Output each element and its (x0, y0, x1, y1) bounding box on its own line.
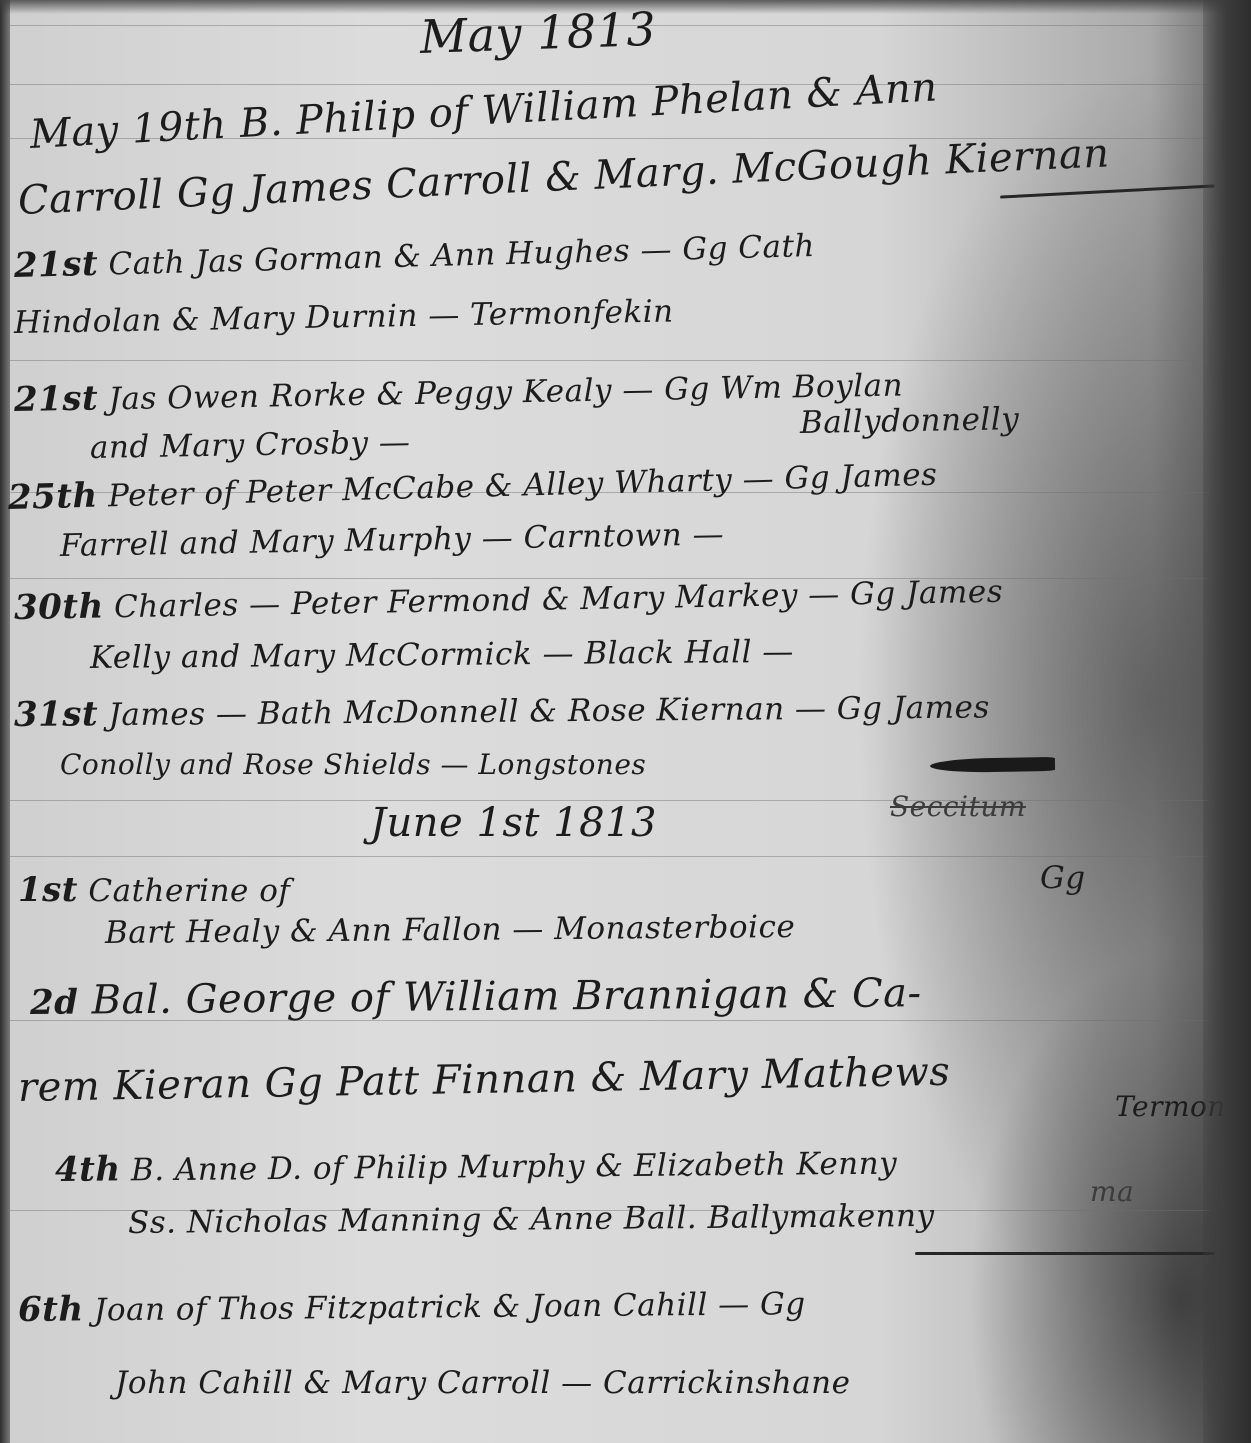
entry-line: 30th Charles — Peter Fermond & Mary Mark… (14, 571, 1004, 628)
entry-text: Bal. George of William Brannigan & Ca- (91, 970, 921, 1023)
entry-date: 4th (55, 1149, 121, 1190)
page-left-edge (0, 0, 10, 1443)
page-binding-edge (1203, 0, 1251, 1443)
entry-line: Bart Healy & Ann Fallon — Monasterboice (105, 909, 796, 951)
entry-line: 21st Jas Owen Rorke & Peggy Kealy — Gg W… (14, 364, 904, 420)
entry-date: 21st (14, 379, 99, 420)
entry-date: 25th (7, 476, 98, 518)
entry-place: Ballydonnelly (800, 401, 1020, 441)
entry-text: Cath Jas Gorman & Ann Hughes — Gg Cath (108, 228, 815, 282)
entry-text: Peter of Peter McCabe & Alley Wharty — G… (108, 457, 938, 515)
section-heading-june: June 1st 1813 (370, 800, 657, 846)
entry-date: 1st (18, 870, 78, 910)
ink-blot (930, 757, 1055, 773)
interlinear-note: ma (1090, 1175, 1134, 1208)
ruled-line (10, 360, 1210, 361)
entry-date: May 19th (29, 102, 228, 158)
entry-text: James — Bath McDonnell & Rose Kiernan — … (108, 689, 990, 733)
entry-line: and Mary Crosby — (90, 424, 411, 466)
struck-margin-note: Seccitum (890, 790, 1026, 823)
entry-line: 31st James — Bath McDonnell & Rose Kiern… (14, 686, 990, 735)
entry-line: Hindolan & Mary Durnin — Termonfekin (14, 293, 674, 341)
entry-line: rem Kieran Gg Patt Finnan & Mary Mathews (18, 1049, 951, 1111)
entry-line: 6th Joan of Thos Fitzpatrick & Joan Cahi… (18, 1283, 806, 1330)
entry-date: 30th (14, 586, 104, 628)
entry-date: 21st (13, 244, 98, 286)
page-heading: May 1813 (419, 2, 657, 64)
entry-text: B. Philip of William Phelan & Ann (239, 64, 939, 146)
underline-stroke (1000, 184, 1215, 198)
entry-line: 1st Catherine of (18, 870, 290, 910)
entry-date: 6th (18, 1289, 84, 1330)
entry-line: Conolly and Rose Shields — Longstones (60, 748, 646, 781)
register-page: May 1813 May 19th B. Philip of William P… (0, 0, 1251, 1443)
entry-line: Farrell and Mary Murphy — Carntown — (60, 516, 725, 564)
ruled-line (10, 856, 1210, 857)
entry-godparent-mark: Gg (1040, 860, 1086, 896)
entry-line: Kelly and Mary McCormick — Black Hall — (90, 634, 794, 676)
entry-text: Charles — Peter Fermond & Mary Markey — … (114, 574, 1004, 626)
entry-line: 21st Cath Jas Gorman & Ann Hughes — Gg C… (13, 225, 815, 286)
entry-date: 31st (14, 694, 99, 735)
entry-text: B. Anne D. of Philip Murphy & Elizabeth … (131, 1146, 898, 1189)
entry-line: John Cahill & Mary Carroll — Carrickinsh… (115, 1365, 850, 1401)
entry-date: 2d (30, 983, 79, 1023)
entry-text: Catherine of (88, 873, 290, 909)
entry-text: Jas Owen Rorke & Peggy Kealy — Gg Wm Boy… (108, 367, 903, 417)
underline-stroke (915, 1252, 1215, 1255)
entry-line: 4th B. Anne D. of Philip Murphy & Elizab… (55, 1143, 898, 1190)
entry-line: 2d Bal. George of William Brannigan & Ca… (30, 970, 922, 1024)
entry-text: Joan of Thos Fitzpatrick & Joan Cahill —… (94, 1286, 806, 1328)
entry-line: Ss. Nicholas Manning & Anne Ball. Ballym… (128, 1198, 935, 1241)
